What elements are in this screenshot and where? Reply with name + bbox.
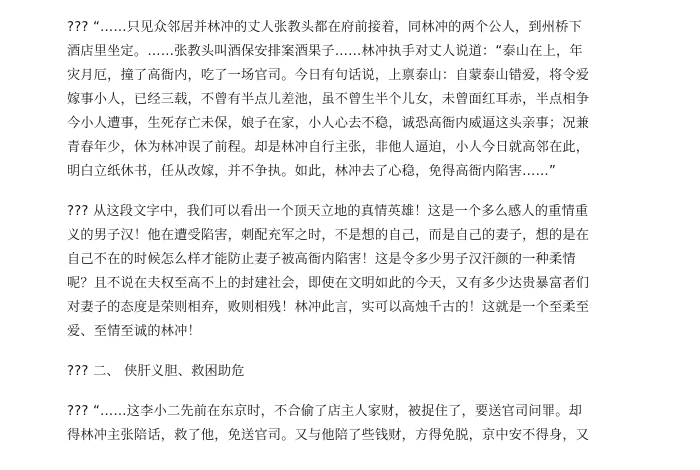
text-line: ??? 从这段文字中，我们可以看出一个顶天立地的真情英雄！这是一个多么感人的重情… (67, 200, 555, 224)
heading-text: ??? 二、 侠肝义胆、救困助危 (67, 360, 555, 384)
text-line: 得林冲主张陪话，救了他，免送官司。又与他陪了些钱财，方得免脱，京中安不得身，又 (67, 424, 555, 448)
section-heading: ??? 二、 侠肝义胆、救困助危 (67, 360, 555, 384)
text-line: 呢？且不说在夫权至高不上的封建社会，即使在文明如此的今天，又有多少达贵暴富者们 (67, 272, 555, 296)
text-line: 对妻子的态度是荣则相弃，败则相残！林冲此言，实可以高烛千古的！这就是一个至柔至 (67, 296, 555, 320)
text-line: 明白立纸休书，任从改嫁，并不争执。如此，林冲去了心稳，免得高衙内陷害……” (67, 160, 555, 184)
text-line: 义的男子汉！他在遭受陷害，刺配充军之时，不是想的自己，而是自己的妻子，想的是在 (67, 224, 555, 248)
document-page: ??? “……只见众邻居并林冲的丈人张教头都在府前接着，同林冲的两个公人，到州桥… (67, 16, 555, 464)
text-line: 酒店里坐定。……张教头叫酒保安排案酒果子……林冲执手对丈人说道：“泰山在上，年 (67, 40, 555, 64)
text-line: 今小人遭事，生死存亡未保，娘子在家，小人心去不稳，诚恐高衙内威逼这头亲事；况兼 (67, 112, 555, 136)
text-line: 自己不在的时候怎么样才能防止妻子被高衙内陷害！这是令多少男子汉汗颜的一种柔情 (67, 248, 555, 272)
text-line: ??? “……这李小二先前在东京时，不合偷了店主人家财，被捉住了，要送官司问罪。… (67, 400, 555, 424)
quote-paragraph-li-xiao-er: ??? “……这李小二先前在东京时，不合偷了店主人家财，被捉住了，要送官司问罪。… (67, 400, 555, 448)
text-line: ??? “……只见众邻居并林冲的丈人张教头都在府前接着，同林冲的两个公人，到州桥… (67, 16, 555, 40)
text-line: 灾月厄，撞了高衙内，吃了一场官司。今日有句话说，上禀泰山：自蒙泰山错爱，将令爱 (67, 64, 555, 88)
commentary-paragraph: ??? 从这段文字中，我们可以看出一个顶天立地的真情英雄！这是一个多么感人的重情… (67, 200, 555, 344)
text-line: 爱、至情至诚的林冲！ (67, 320, 555, 344)
text-line: 青春年少，休为林冲误了前程。却是林冲自行主张，非他人逼迫，小人今日就高邻在此， (67, 136, 555, 160)
text-line: 嫁事小人，已经三载，不曾有半点儿差池，虽不曾生半个儿女，未曾面红耳赤，半点相争 (67, 88, 555, 112)
quote-paragraph-farewell: ??? “……只见众邻居并林冲的丈人张教头都在府前接着，同林冲的两个公人，到州桥… (67, 16, 555, 184)
